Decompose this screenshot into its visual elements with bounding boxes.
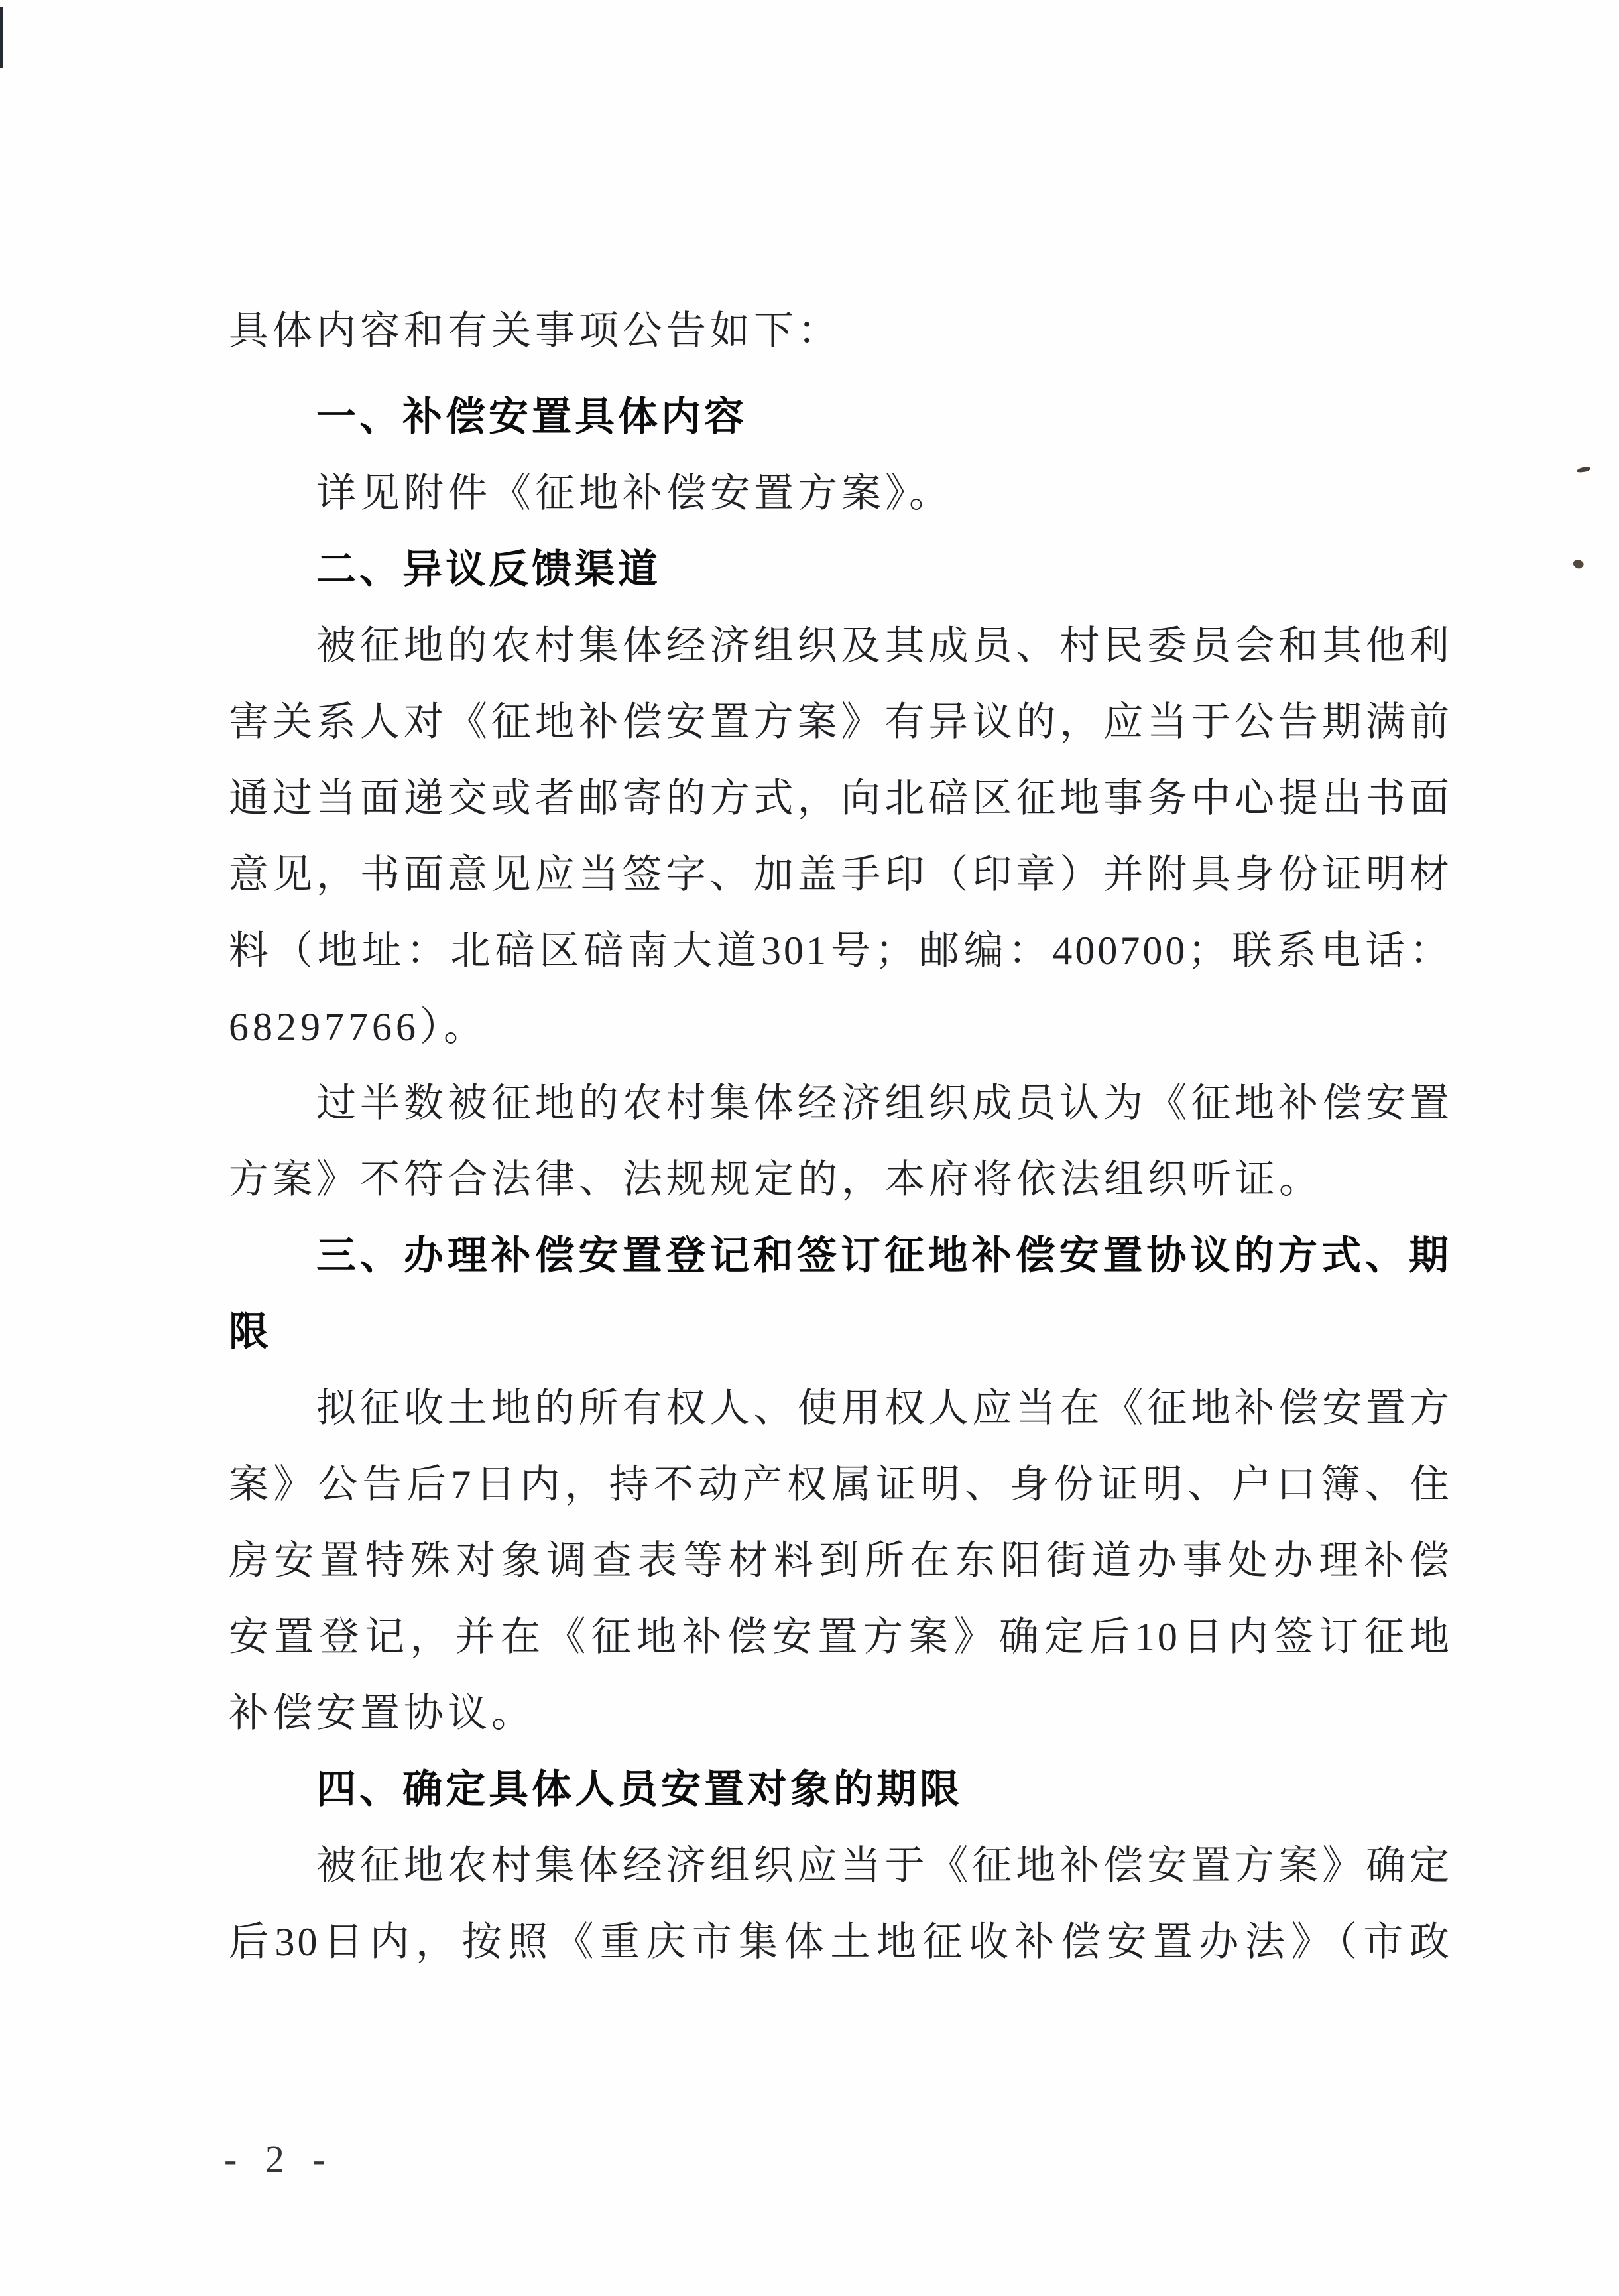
page-number: - 2 - [224, 2136, 335, 2183]
document-page: 具体内容和有关事项公告如下： 一、补偿安置具体内容 详见附件《征地补偿安置方案》… [0, 0, 1619, 2296]
paragraph-line: 过半数被征地的农村集体经济组织成员认为《征地补偿安置 [229, 1065, 1452, 1142]
paragraph-line: 具体内容和有关事项公告如下： [229, 293, 1452, 369]
section-heading-3: 三、办理补偿安置登记和签订征地补偿安置协议的方式、期 [229, 1218, 1452, 1294]
paragraph-line: 详见附件《征地补偿安置方案》。 [229, 455, 1452, 532]
section-heading-3-continuation: 限 [229, 1294, 1452, 1370]
paragraph-line: 害关系人对《征地补偿安置方案》有异议的，应当于公告期满前 [229, 684, 1452, 760]
section-heading-2: 二、异议反馈渠道 [229, 532, 1452, 608]
paragraph-line: 被征地农村集体经济组织应当于《征地补偿安置方案》确定 [229, 1828, 1452, 1904]
ink-speck [1577, 466, 1591, 473]
paragraph-line: 补偿安置协议。 [229, 1675, 1452, 1752]
paragraph-line: 安置登记，并在《征地补偿安置方案》确定后10日内签订征地 [229, 1599, 1452, 1675]
paragraph-line: 方案》不符合法律、法规规定的，本府将依法组织听证。 [229, 1142, 1452, 1218]
paragraph-line: 后30日内，按照《重庆市集体土地征收补偿安置办法》（市政 [229, 1904, 1452, 1980]
section-heading-4: 四、确定具体人员安置对象的期限 [229, 1752, 1452, 1828]
scan-edge-artifact [0, 7, 3, 68]
paragraph-line: 房安置特殊对象调查表等材料到所在东阳街道办事处办理补偿 [229, 1523, 1452, 1599]
section-heading-1: 一、补偿安置具体内容 [229, 379, 1452, 455]
paragraph-line: 意见，书面意见应当签字、加盖手印（印章）并附具身份证明材 [229, 837, 1452, 913]
paragraph-line: 通过当面递交或者邮寄的方式，向北碚区征地事务中心提出书面 [229, 760, 1452, 837]
paragraph-line: 68297766）。 [229, 989, 1452, 1065]
paragraph-line: 被征地的农村集体经济组织及其成员、村民委员会和其他利 [229, 608, 1452, 684]
document-body: 具体内容和有关事项公告如下： 一、补偿安置具体内容 详见附件《征地补偿安置方案》… [229, 293, 1452, 1980]
ink-speck [1572, 558, 1585, 570]
paragraph-line: 料（地址：北碚区碚南大道301号；邮编：400700；联系电话： [229, 913, 1452, 989]
paragraph-line: 案》公告后7日内，持不动产权属证明、身份证明、户口簿、住 [229, 1447, 1452, 1523]
paragraph-line: 拟征收土地的所有权人、使用权人应当在《征地补偿安置方 [229, 1370, 1452, 1447]
